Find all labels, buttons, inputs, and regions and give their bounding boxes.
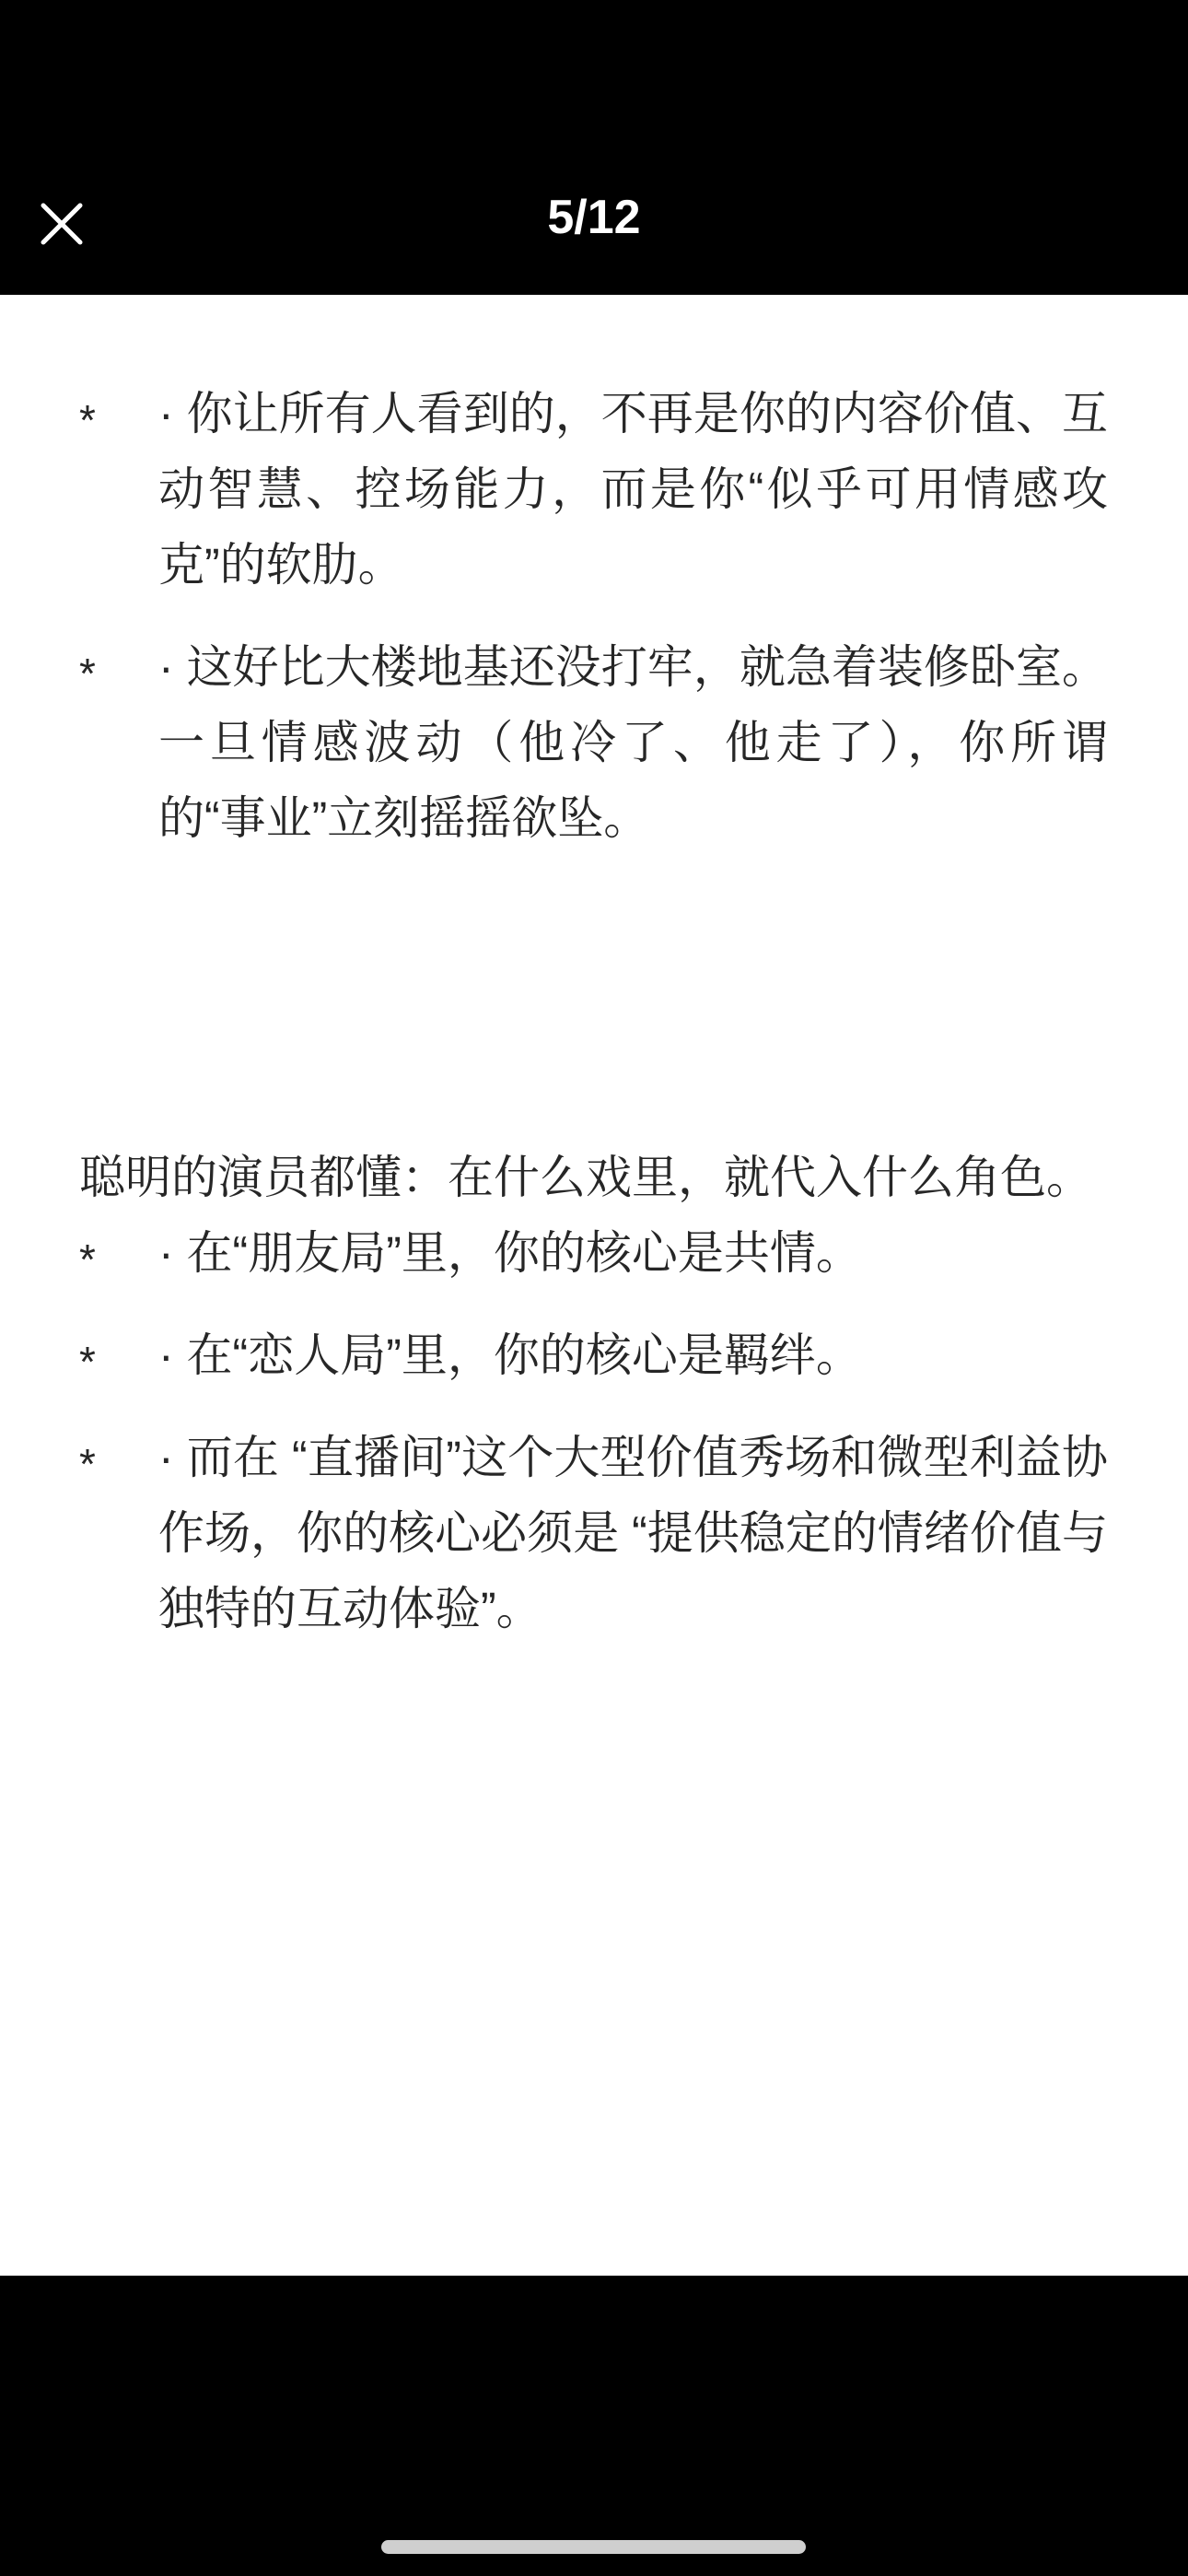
bullet-text: · 这好比大楼地基还没打牢，就急着装修卧室。一旦情感波动（他冷了、他走了），你所… (158, 629, 1108, 856)
home-indicator[interactable] (381, 2540, 806, 2554)
bullet-marker: * (79, 636, 158, 862)
bullet-marker: * (79, 1426, 158, 1653)
document-page[interactable]: * · 你让所有人看到的，不再是你的内容价值、互动智慧、控场能力，而是你“似乎可… (0, 295, 1188, 2276)
list-item: * · 在“恋人局”里，你的核心是羁绊。 (79, 1317, 1108, 1393)
paragraph: 聪明的演员都懂：在什么戏里，就代入什么角色。 (79, 1140, 1108, 1215)
list-item: * · 而在 “直播间”这个大型价值秀场和微型利益协作场，你的核心必须是 “提供… (79, 1420, 1108, 1646)
screen: 5/12 * · 你让所有人看到的，不再是你的内容价值、互动智慧、控场能力，而是… (0, 0, 1188, 2576)
bullet-text: · 而在 “直播间”这个大型价值秀场和微型利益协作场，你的核心必须是 “提供稳定… (158, 1420, 1108, 1646)
bullet-list-bottom: * · 在“朋友局”里，你的核心是共情。 * · 在“恋人局”里，你的核心是羁绊… (79, 1215, 1108, 1646)
bullet-text: · 在“朋友局”里，你的核心是共情。 (158, 1215, 1108, 1291)
bullet-text: · 你让所有人看到的，不再是你的内容价值、互动智慧、控场能力，而是你“似乎可用情… (158, 376, 1108, 603)
bottom-bar (0, 2276, 1188, 2576)
bullet-marker: * (79, 382, 158, 609)
list-item: * · 这好比大楼地基还没打牢，就急着装修卧室。一旦情感波动（他冷了、他走了），… (79, 629, 1108, 856)
list-item: * · 你让所有人看到的，不再是你的内容价值、互动智慧、控场能力，而是你“似乎可… (79, 376, 1108, 603)
bullet-marker: * (79, 1222, 158, 1297)
viewer-header: 5/12 (0, 0, 1188, 295)
list-item: * · 在“朋友局”里，你的核心是共情。 (79, 1215, 1108, 1291)
bullet-marker: * (79, 1324, 158, 1399)
bullet-text: · 在“恋人局”里，你的核心是羁绊。 (158, 1317, 1108, 1393)
page-indicator: 5/12 (0, 191, 1188, 244)
bullet-list-top: * · 你让所有人看到的，不再是你的内容价值、互动智慧、控场能力，而是你“似乎可… (79, 376, 1108, 856)
